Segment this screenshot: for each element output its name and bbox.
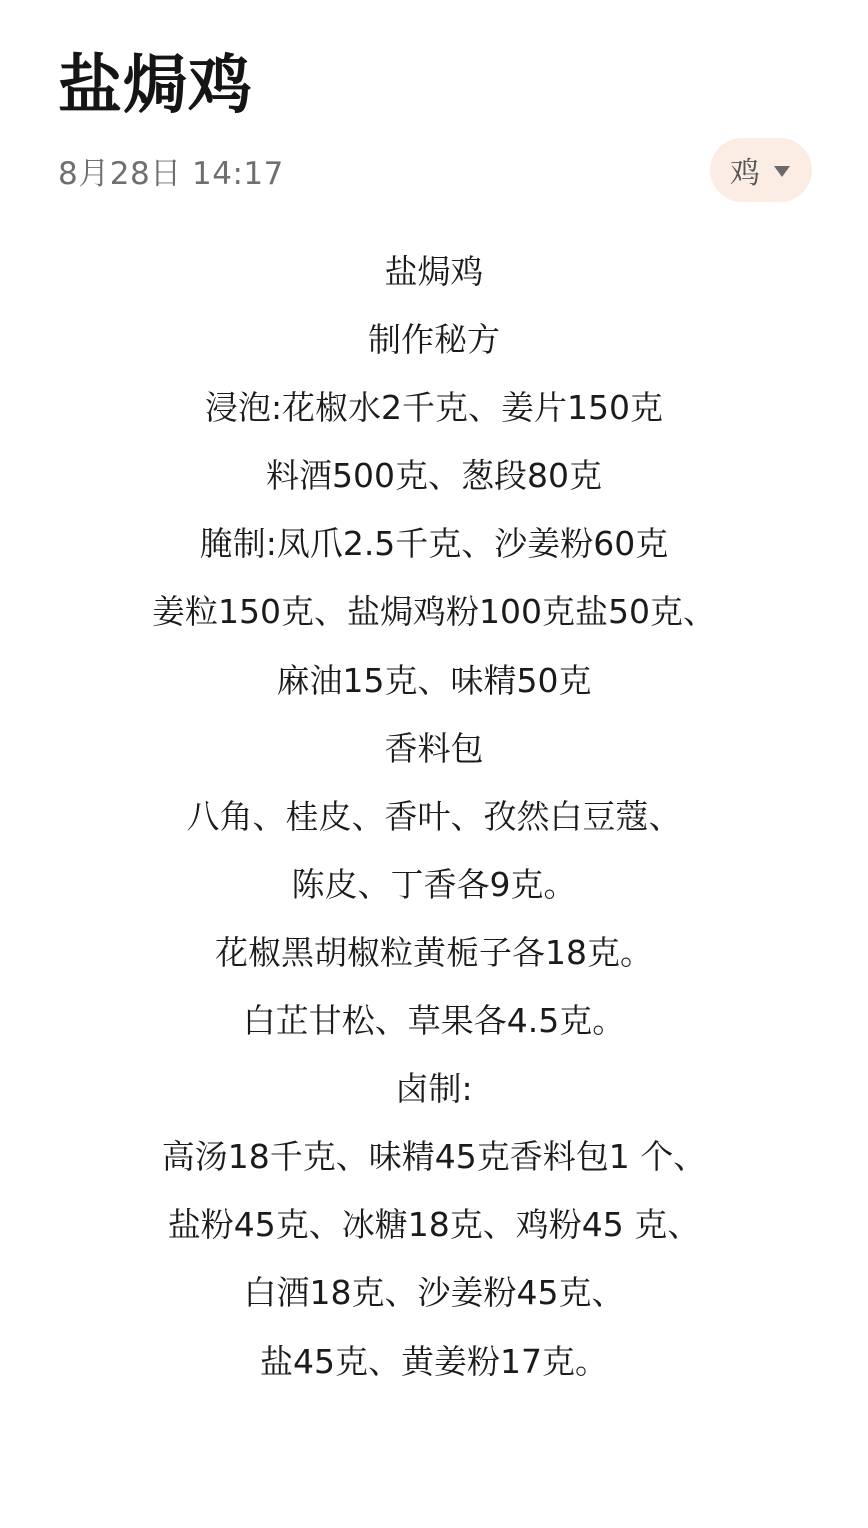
body-line: 盐45克、黄姜粉17克。: [0, 1328, 868, 1396]
body-line: 盐粉45克、冰糖18克、鸡粉45 克、: [0, 1191, 868, 1259]
body-line: 麻油15克、味精50克: [0, 647, 868, 715]
category-dropdown[interactable]: 鸡: [710, 138, 812, 202]
note-date: 8月28日 14:17: [58, 148, 284, 193]
body-line: 浸泡:花椒水2千克、姜片150克: [0, 374, 868, 442]
body-line: 白酒18克、沙姜粉45克、: [0, 1259, 868, 1327]
body-line: 花椒黑胡椒粒黄栀子各18克。: [0, 919, 868, 987]
note-meta-row: 8月28日 14:17 鸡: [58, 138, 812, 202]
note-body[interactable]: 盐焗鸡 制作秘方 浸泡:花椒水2千克、姜片150克 料酒500克、葱段80克 腌…: [0, 238, 868, 1396]
body-line: 腌制:凤爪2.5千克、沙姜粉60克: [0, 510, 868, 578]
body-line: 白芷甘松、草果各4.5克。: [0, 987, 868, 1055]
body-line: 卤制:: [0, 1055, 868, 1123]
category-label: 鸡: [730, 148, 760, 192]
body-line: 料酒500克、葱段80克: [0, 442, 868, 510]
caret-down-icon: [774, 166, 790, 177]
note-title[interactable]: 盐焗鸡: [58, 44, 253, 128]
body-line: 盐焗鸡: [0, 238, 868, 306]
body-line: 香料包: [0, 715, 868, 783]
body-line: 陈皮、丁香各9克。: [0, 851, 868, 919]
body-line: 制作秘方: [0, 306, 868, 374]
body-line: 八角、桂皮、香叶、孜然白豆蔻、: [0, 783, 868, 851]
body-line: 姜粒150克、盐焗鸡粉100克盐50克、: [0, 578, 868, 646]
body-line: 高汤18千克、味精45克香料包1 个、: [0, 1123, 868, 1191]
